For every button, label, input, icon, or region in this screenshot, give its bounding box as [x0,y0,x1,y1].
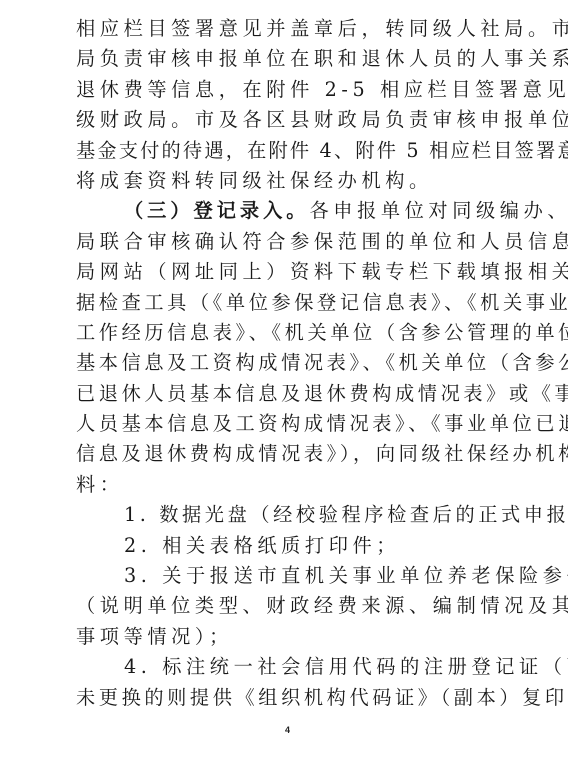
text-line-rest: 各申报单位对同级编办、人社局、财政 [310,199,568,222]
text-line: 人员基本信息及工资构成情况表》、《事业单位已退休人员基本 [76,409,510,439]
material-item-4: 4. 标注统一社会信用代码的注册登记证（副本）复印件， [76,652,510,682]
text-line: 相应栏目签署意见并盖章后，转同级人社局。市及各区县人社 [76,14,510,44]
text-line: 基金支付的待遇，在附件 4、附件 5 相应栏目签署意见并盖章后， [76,136,510,166]
document-body: 相应栏目签署意见并盖章后，转同级人社局。市及各区县人社 局负责审核申报单位在职和… [76,14,510,713]
section-heading: （三）登记录入。 [124,199,310,222]
text-line: 基本信息及工资构成情况表》、《机关单位（含参公管理的单位） [76,348,510,378]
text-line: 将成套资料转同级社保经办机构。 [76,166,510,196]
page-number: 4 [285,725,290,735]
text-line: 工作经历信息表》、《机关单位（含参公管理的单位）在职人员 [76,318,510,348]
text-line: 料： [76,470,510,500]
text-line: 级财政局。市及各区县财政局负责审核申报单位退休人员列入 [76,105,510,135]
material-item-1: 1. 数据光盘（经校验程序检查后的正式申报数据）； [76,500,510,530]
text-line: 局负责审核申报单位在职和退休人员的人事关系、缴费工资和 [76,44,510,74]
text-line: （说明单位类型、财政经费来源、编制情况及其他需要说明的 [76,591,510,621]
text-line: 据检查工具（《单位参保登记信息表》、《机关事业单位工作人员 [76,288,510,318]
text-line: 未更换的则提供《组织机构代码证》（副本）复印件；事业单位 [76,683,510,713]
document-page: 相应栏目签署意见并盖章后，转同级人社局。市及各区县人社 局负责审核申报单位在职和… [0,0,568,763]
text-line: 已退休人员基本信息及退休费构成情况表》或《事业单位在职 [76,379,510,409]
section-heading-line: （三）登记录入。各申报单位对同级编办、人社局、财政 [76,196,510,226]
text-line: 局联合审核确认符合参保范围的单位和人员信息，通过市人社 [76,227,510,257]
text-line: 事项等情况）； [76,622,510,652]
text-line: 退休费等信息，在附件 2-5 相应栏目签署意见并盖章后，转同 [76,75,510,105]
text-line: 局网站（网址同上）资料下载专栏下载填报相关表格模板及数 [76,257,510,287]
material-item-2: 2. 相关表格纸质打印件； [76,531,510,561]
material-item-3: 3. 关于报送市直机关事业单位养老保险参保登记资料的函 [76,561,510,591]
text-line: 信息及退休费构成情况表》），向同级社保经办机构提交如下材 [76,439,510,469]
